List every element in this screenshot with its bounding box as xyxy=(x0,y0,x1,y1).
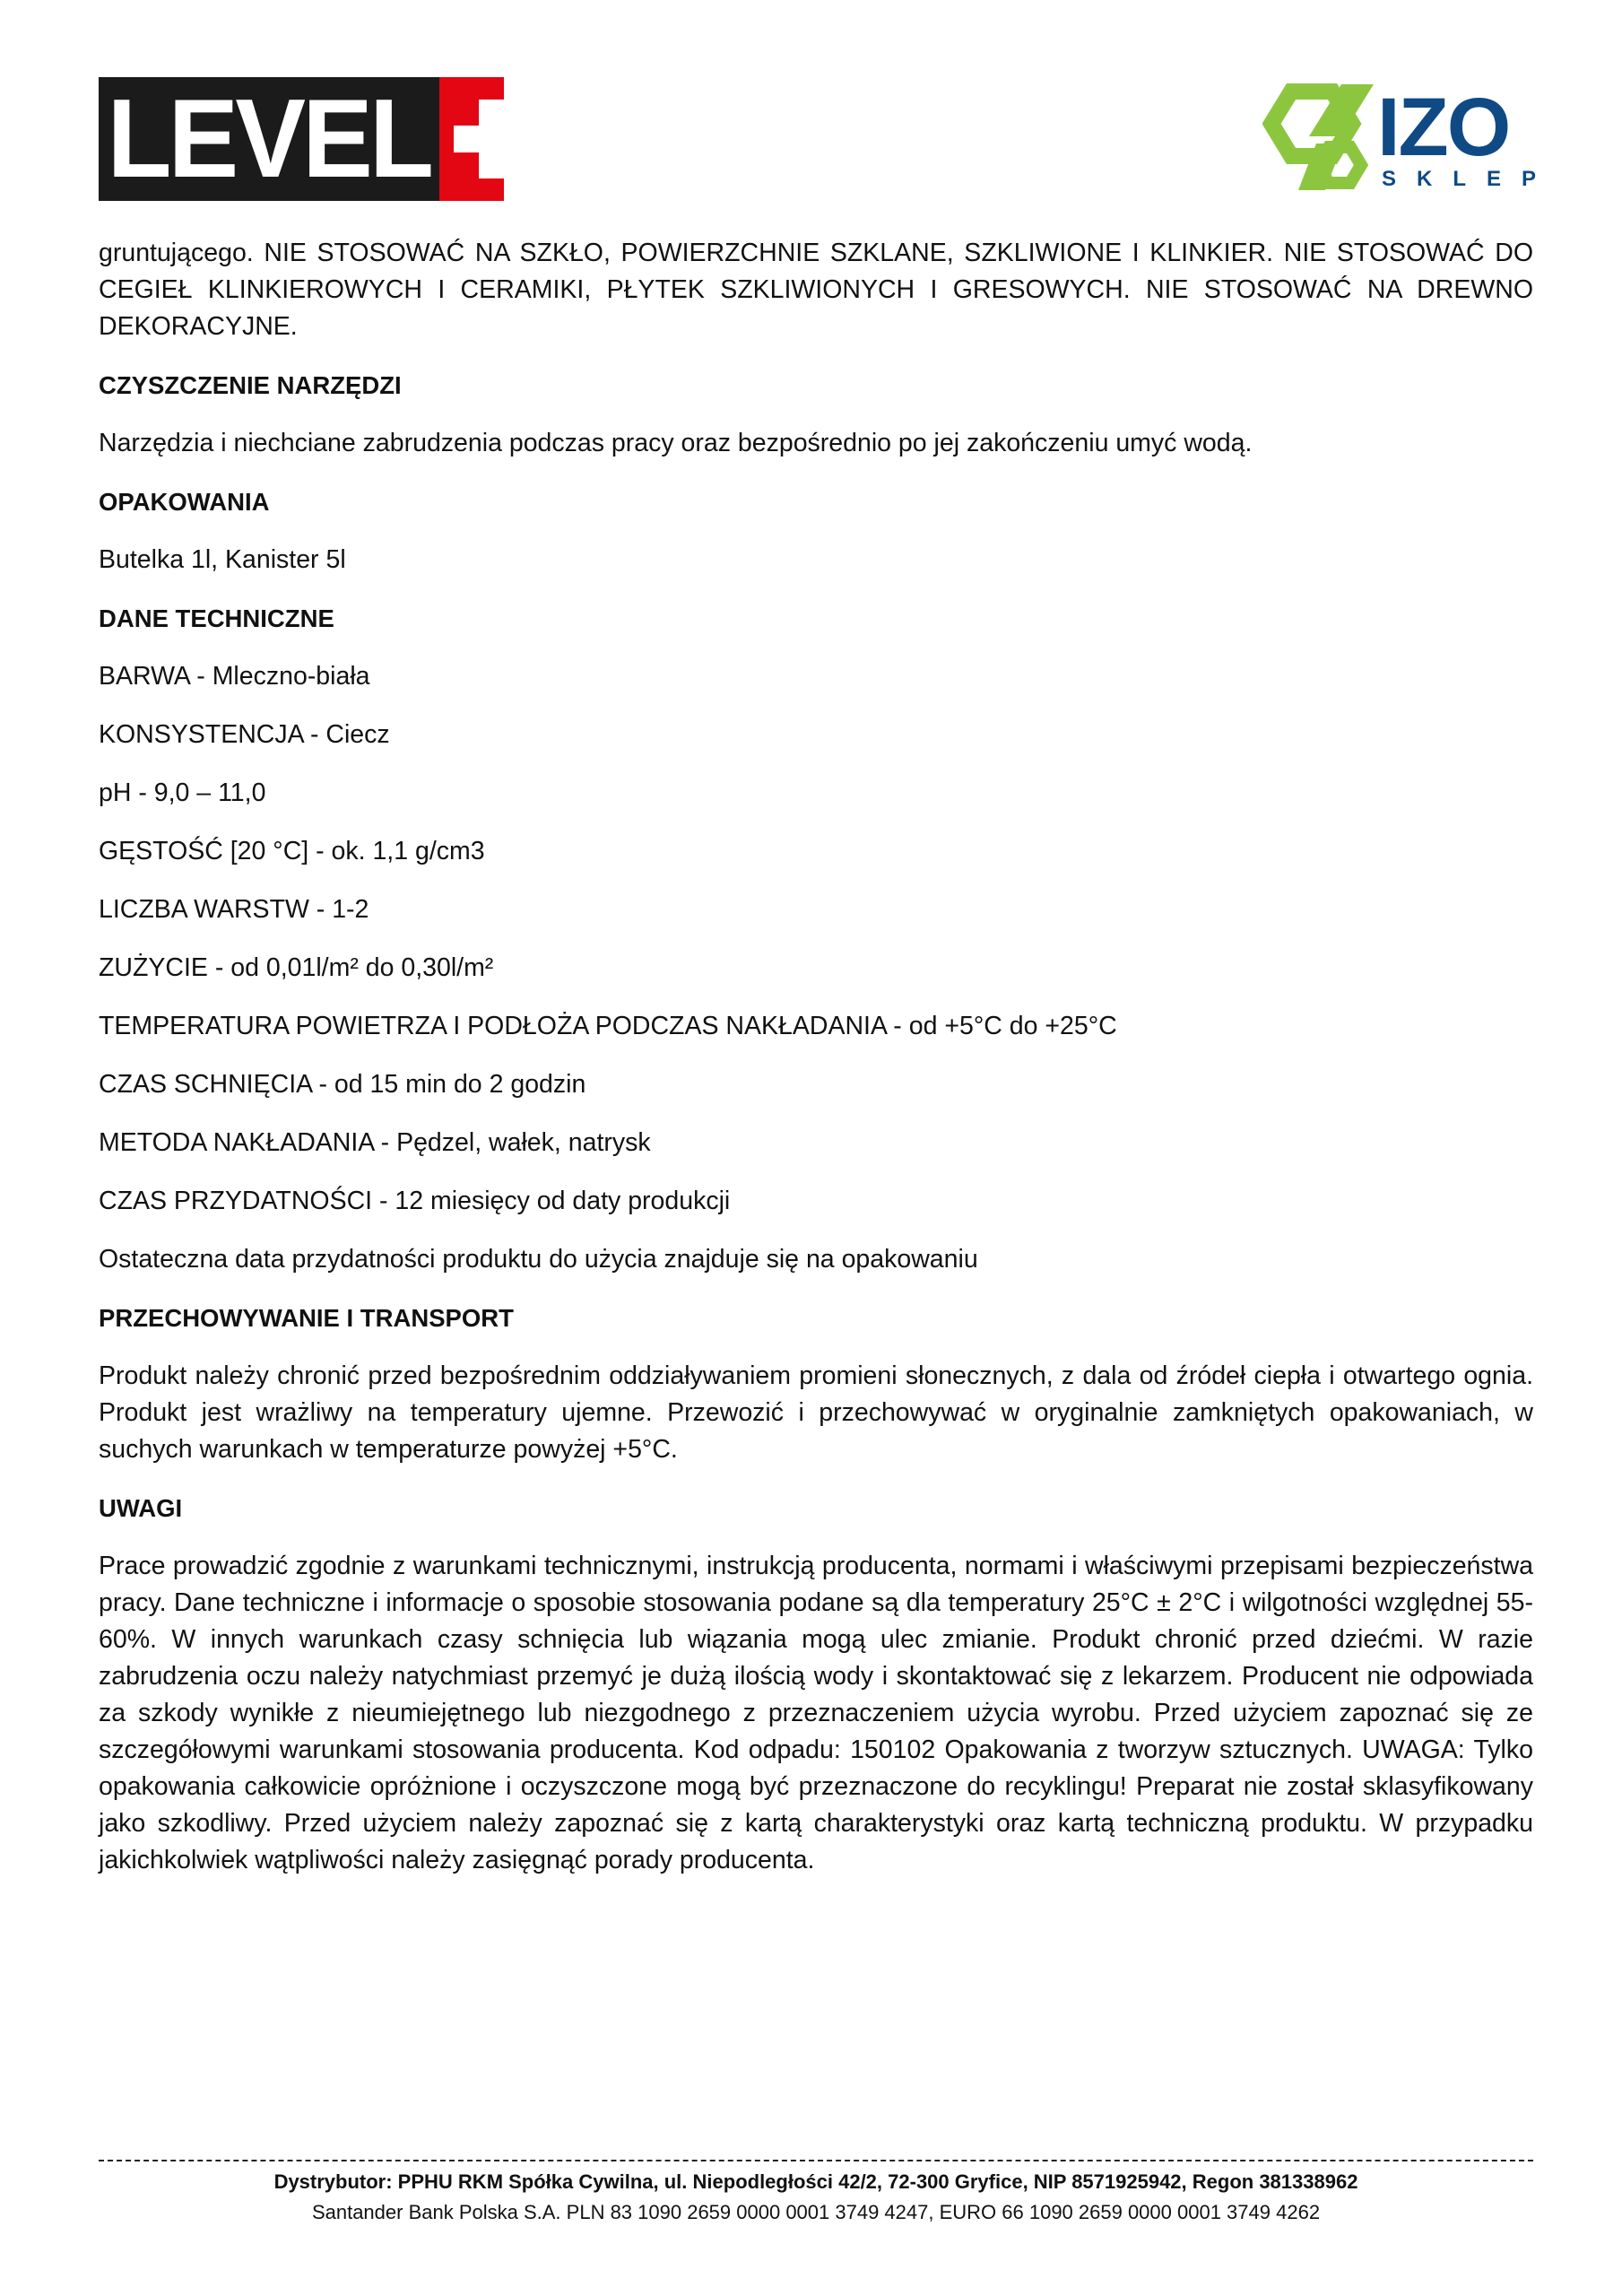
tech-item-expiry-note: Ostateczna data przydatności produktu do… xyxy=(99,1241,1533,1278)
heading-storage: PRZECHOWYWANIE I TRANSPORT xyxy=(99,1300,1533,1336)
heading-notes: UWAGI xyxy=(99,1490,1533,1526)
document-body: gruntującego. NIE STOSOWAĆ NA SZKŁO, POW… xyxy=(99,235,1533,1879)
tech-item-method: METODA NAKŁADANIA - Pędzel, wałek, natry… xyxy=(99,1125,1533,1161)
footer-distributor: Dystrybutor: PPHU RKM Spółka Cywilna, ul… xyxy=(99,2169,1533,2196)
plus-icon xyxy=(439,77,504,201)
tech-item-usage: ZUŻYCIE - od 0,01l/m² do 0,30l/m² xyxy=(99,950,1533,987)
intro-paragraph: gruntującego. NIE STOSOWAĆ NA SZKŁO, POW… xyxy=(99,235,1533,345)
tech-item-drying: CZAS SCHNIĘCIA - od 15 min do 2 godzin xyxy=(99,1066,1533,1103)
document-page: LEVEL IZO SKLEP gruntującego. NIE STOSOW… xyxy=(0,0,1622,2296)
logo-sklep-text: SKLEP xyxy=(1382,169,1557,190)
notes-text: Prace prowadzić zgodnie z warunkami tech… xyxy=(99,1548,1533,1879)
cleaning-text: Narzędzia i niechciane zabrudzenia podcz… xyxy=(99,425,1533,462)
logo-izo-text: IZO xyxy=(1377,86,1509,169)
heading-technical: DANE TECHNICZNE xyxy=(99,600,1533,637)
storage-text: Produkt należy chronić przed bezpośredni… xyxy=(99,1358,1533,1468)
packaging-text: Butelka 1l, Kanister 5l xyxy=(99,542,1533,578)
level-plus-logo: LEVEL xyxy=(99,77,504,201)
tech-item-temperature: TEMPERATURA POWIETRZA I PODŁOŻA PODCZAS … xyxy=(99,1008,1533,1045)
heading-cleaning: CZYSZCZENIE NARZĘDZI xyxy=(99,367,1533,404)
logo-level-text: LEVEL xyxy=(107,77,430,201)
heading-packaging: OPAKOWANIA xyxy=(99,483,1533,520)
izo-sklep-logo: IZO SKLEP xyxy=(1262,83,1531,196)
tech-item-color: BARWA - Mleczno-biała xyxy=(99,658,1533,695)
tech-item-layers: LICZBA WARSTW - 1-2 xyxy=(99,891,1533,928)
tech-item-ph: pH - 9,0 – 11,0 xyxy=(99,775,1533,812)
tech-item-consistency: KONSYSTENCJA - Ciecz xyxy=(99,717,1533,753)
tech-item-shelf-life: CZAS PRZYDATNOŚCI - 12 miesięcy od daty … xyxy=(99,1183,1533,1220)
tech-item-density: GĘSTOŚĆ [20 °C] - ok. 1,1 g/cm3 xyxy=(99,833,1533,870)
footer-divider xyxy=(99,2160,1533,2161)
footer-bank-details: Santander Bank Polska S.A. PLN 83 1090 2… xyxy=(99,2199,1533,2226)
